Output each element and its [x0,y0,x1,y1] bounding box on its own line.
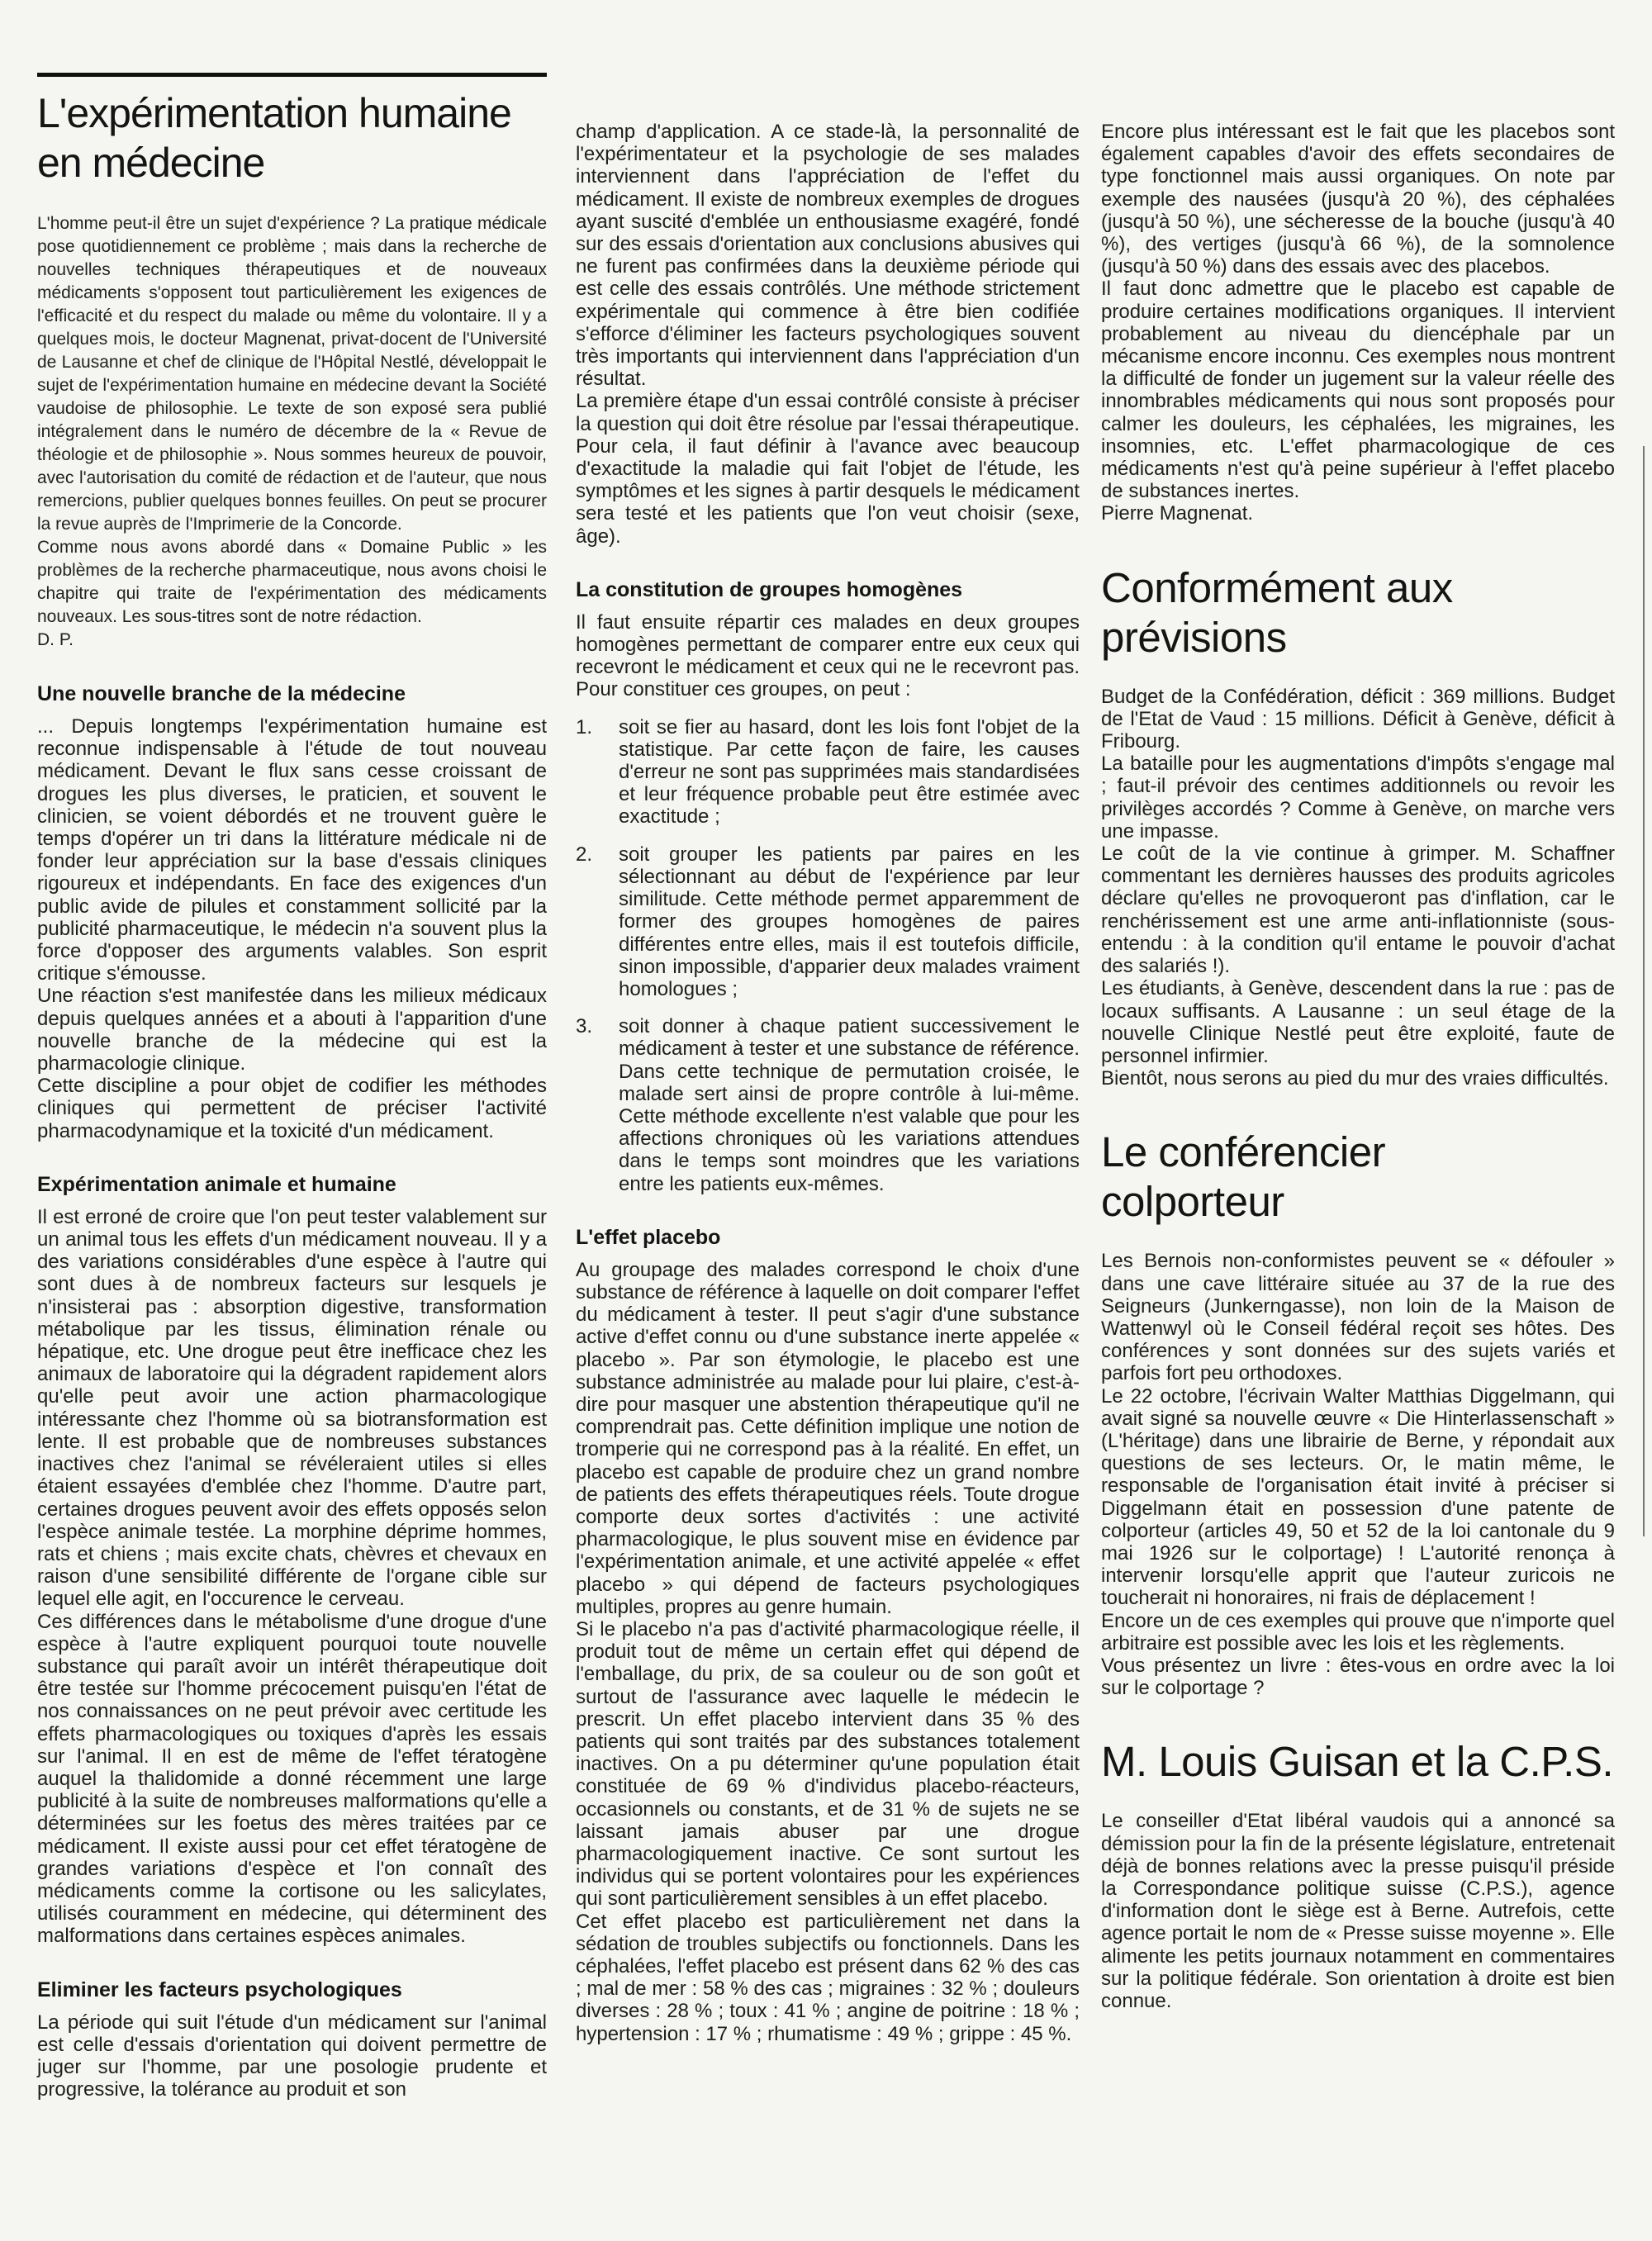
body-paragraph: Il est erroné de croire que l'on peut te… [37,1206,547,1611]
body-paragraph: Le 22 octobre, l'écrivain Walter Matthia… [1101,1385,1615,1610]
article-title-conferencier: Le conférencier colporteur [1101,1128,1498,1227]
body-paragraph: Encore plus intéressant est le fait que … [1101,121,1615,278]
body-paragraph: Il faut donc admettre que le placebo est… [1101,278,1615,502]
scanned-newspaper-page: L'expérimentation humaine en médecine L'… [0,0,1652,2241]
body-paragraph: Budget de la Confédération, déficit : 36… [1101,686,1615,753]
section-heading-facteurs-psychologiques: Eliminer les facteurs psychologiques [37,1979,547,2001]
section-heading-effet-placebo: L'effet placebo [576,1227,1080,1249]
body-paragraph: Le conseiller d'Etat libéral vaudois qui… [1101,1810,1615,2012]
scan-edge-artifact [1643,446,1645,1536]
column-right: Encore plus intéressant est le fait que … [1101,121,1615,2012]
numbered-list-item: 1. soit se fier au hasard, dont les lois… [576,716,1080,829]
list-text: soit grouper les patients par paires en … [619,843,1080,1000]
body-paragraph: Au groupage des malades correspond le ch… [576,1259,1080,1618]
intro-paragraph: L'homme peut-il être un sujet d'expérien… [37,212,547,536]
list-number: 2. [576,843,619,1000]
body-paragraph: La bataille pour les augmentations d'imp… [1101,753,1615,843]
body-paragraph: Les Bernois non-conformistes peuvent se … [1101,1250,1615,1384]
article-main-title: L'expérimentation humaine en médecine [37,88,547,188]
list-text: soit donner à chaque patient successivem… [619,1015,1080,1195]
column-left: L'expérimentation humaine en médecine L'… [37,73,547,2101]
list-text: soit se fier au hasard, dont les lois fo… [619,716,1080,829]
body-paragraph: champ d'application. A ce stade-là, la p… [576,121,1080,390]
list-number: 1. [576,716,619,829]
author-signature: Pierre Magnenat. [1101,502,1615,525]
body-paragraph: Une réaction s'est manifestée dans les m… [37,985,547,1075]
article-title-conformement: Conformément aux prévisions [1101,563,1498,662]
section-heading-nouvelle-branche: Une nouvelle branche de la médecine [37,683,547,705]
body-paragraph: Encore un de ces exemples qui prouve que… [1101,1610,1615,1655]
title-top-rule [37,73,547,77]
intro-paragraph: Comme nous avons abordé dans « Domaine P… [37,536,547,629]
numbered-list-item: 2. soit grouper les patients par paires … [576,843,1080,1000]
body-paragraph: Cet effet placebo est particulièrement n… [576,1911,1080,2045]
body-paragraph: Si le placebo n'a pas d'activité pharmac… [576,1618,1080,1911]
body-paragraph: Cette discipline a pour objet de codifie… [37,1075,547,1142]
section-heading-experimentation-animale: Expérimentation animale et humaine [37,1174,547,1196]
column-middle: champ d'application. A ce stade-là, la p… [576,121,1080,2045]
body-paragraph: Vous présentez un livre : êtes-vous en o… [1101,1655,1615,1699]
numbered-list-item: 3. soit donner à chaque patient successi… [576,1015,1080,1195]
body-paragraph: ... Depuis longtemps l'expérimentation h… [37,715,547,985]
body-paragraph: Les étudiants, à Genève, descendent dans… [1101,977,1615,1067]
body-paragraph: Il faut ensuite répartir ces malades en … [576,611,1080,701]
body-paragraph: Ces différences dans le métabolisme d'un… [37,1611,547,1948]
list-number: 3. [576,1015,619,1195]
body-paragraph: Le coût de la vie continue à grimper. M.… [1101,843,1615,977]
body-paragraph: La première étape d'un essai contrôlé co… [576,390,1080,547]
intro-signature: D. P. [37,629,547,652]
body-paragraph: La période qui suit l'étude d'un médicam… [37,2011,547,2101]
body-paragraph: Bientôt, nous serons au pied du mur des … [1101,1067,1615,1090]
section-heading-groupes-homogenes: La constitution de groupes homogènes [576,579,1080,601]
article-title-guisan: M. Louis Guisan et la C.P.S. [1101,1737,1615,1787]
